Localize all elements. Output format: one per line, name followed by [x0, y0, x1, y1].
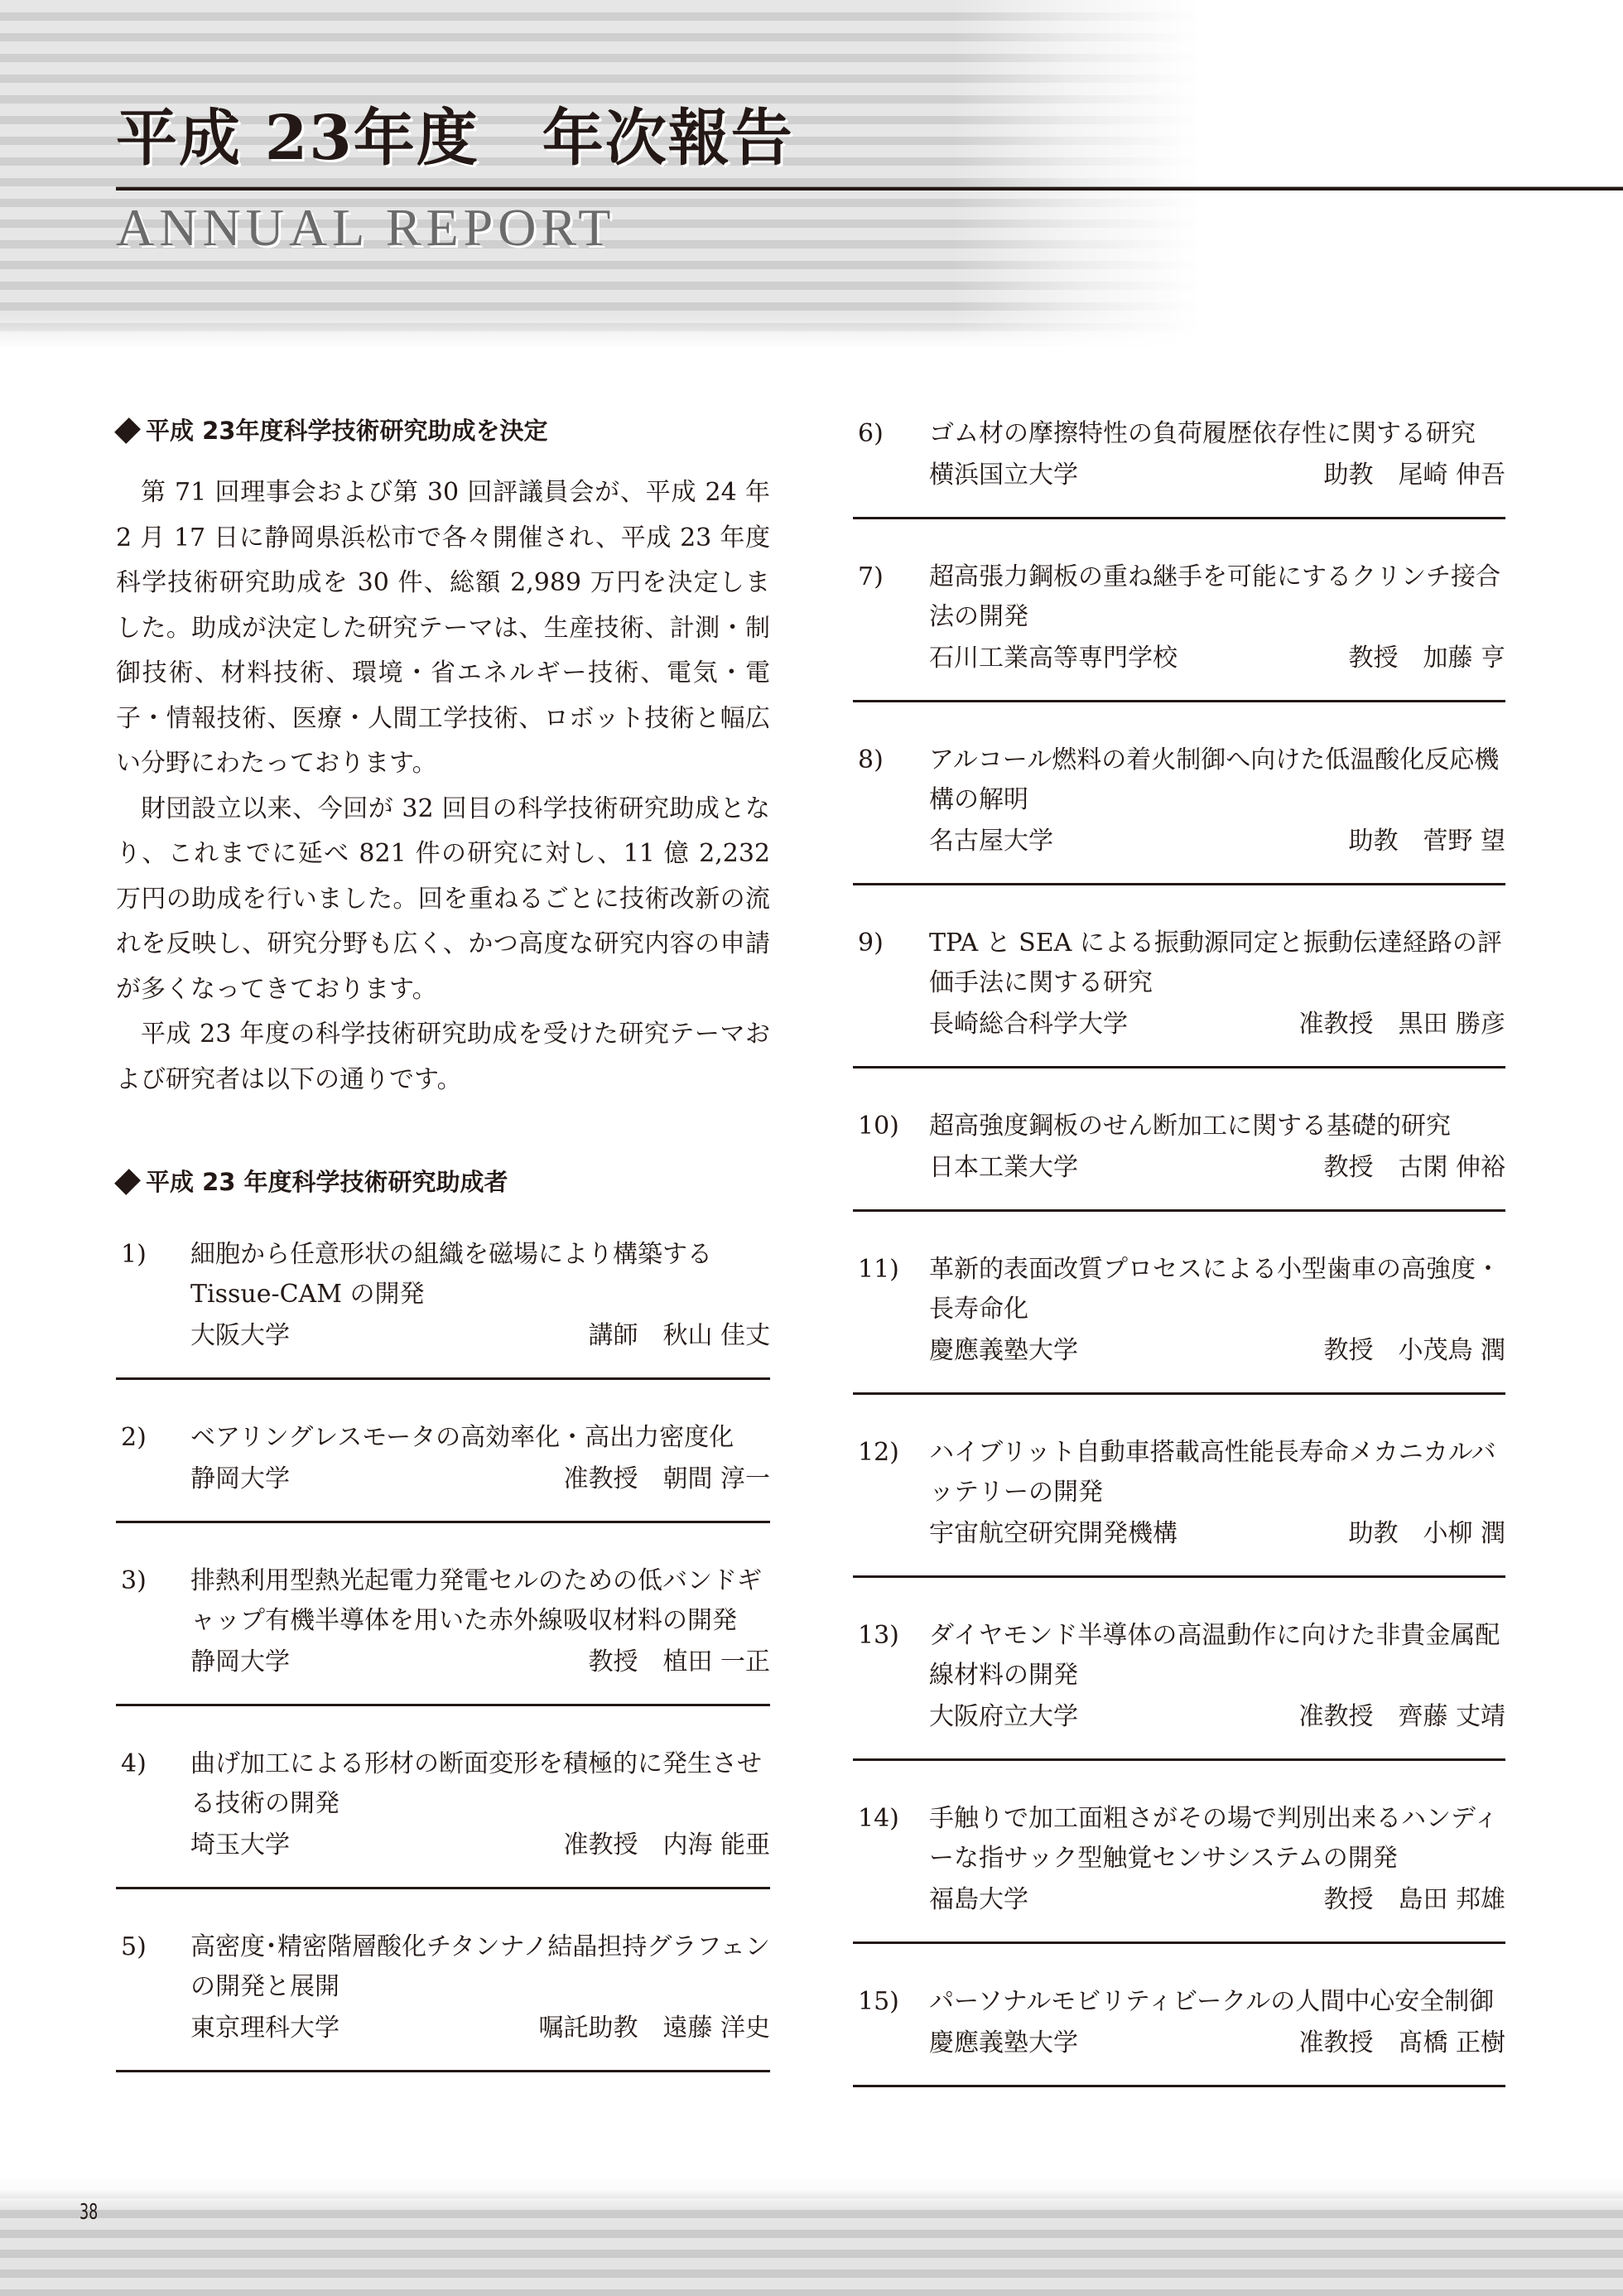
- grant-researcher: 内海 能亜: [662, 1831, 770, 1859]
- grant-item: 8) アルコール燃料の着火制御へ向けた低温酸化反応機構の解明 名古屋大学 助教 …: [853, 722, 1505, 885]
- footer-fade: [0, 2162, 1623, 2212]
- grant-number: 4): [121, 1744, 147, 1784]
- grant-researcher: 遠藤 洋史: [662, 2014, 770, 2043]
- grant-number: 12): [858, 1433, 899, 1473]
- grant-title: 高密度･精密階層酸化チタンナノ結晶担持グラフェンの開発と展開: [190, 1927, 770, 2007]
- grant-title: ダイヤモンド半導体の高温動作に向けた非貴金属配線材料の開発: [929, 1616, 1505, 1695]
- grant-institution: 慶應義塾大学: [929, 1329, 1078, 1372]
- grant-position: 准教授: [563, 1831, 638, 1859]
- page-title: 平成 23年度 年次報告: [116, 101, 794, 176]
- grant-institution: 長崎総合科学大学: [929, 1003, 1128, 1046]
- grant-number: 1): [121, 1235, 147, 1275]
- grant-number: 9): [858, 924, 884, 963]
- grant-number: 14): [858, 1799, 899, 1839]
- grant-position: 講師: [588, 1321, 638, 1350]
- grant-researcher: 島田 邦雄: [1398, 1885, 1505, 1914]
- grant-institution: 静岡大学: [190, 1458, 290, 1501]
- grant-title: 革新的表面改質プロセスによる小型歯車の高強度・長寿命化: [929, 1250, 1505, 1329]
- grant-title: パーソナルモビリティビークルの人間中心安全制御: [929, 1982, 1505, 2022]
- diamond-bullet-icon: [114, 417, 141, 444]
- grant-item: 1) 細胞から任意形状の組織を磁場により構築する Tissue-CAM の開発 …: [116, 1235, 770, 1380]
- grant-number: 5): [121, 1927, 147, 1967]
- section-heading-grant-recipients: 平成 23 年度科学技術研究助成者: [116, 1165, 770, 1199]
- grant-researcher: 加藤 亨: [1423, 644, 1505, 673]
- grant-item: 2) ベアリングレスモータの高効率化・高出力密度化 静岡大学 准教授 朝間 淳一: [116, 1400, 770, 1523]
- grant-number: 13): [858, 1616, 899, 1656]
- grant-item: 11) 革新的表面改質プロセスによる小型歯車の高強度・長寿命化 慶應義塾大学 教…: [853, 1232, 1505, 1395]
- grant-institution: 静岡大学: [190, 1641, 290, 1684]
- grant-number: 6): [858, 414, 884, 454]
- diamond-bullet-icon: [114, 1169, 141, 1195]
- page-subtitle: ANNUAL REPORT: [116, 197, 615, 258]
- grant-item: 15) パーソナルモビリティビークルの人間中心安全制御 慶應義塾大学 准教授 髙…: [853, 1964, 1505, 2087]
- grant-number: 7): [858, 557, 884, 597]
- grant-position: 准教授: [563, 1464, 638, 1493]
- section-heading-text: 平成 23 年度科学技術研究助成者: [146, 1165, 508, 1199]
- grant-item: 10) 超高強度鋼板のせん断加工に関する基礎的研究 日本工業大学 教授 古閑 伸…: [853, 1088, 1505, 1212]
- grant-position: 教授: [1348, 644, 1398, 673]
- grant-researcher: 齊藤 丈靖: [1398, 1702, 1505, 1731]
- grant-position: 助教: [1323, 461, 1373, 490]
- intro-body: 第 71 回理事会および第 30 回評議員会が、平成 24 年 2 月 17 日…: [116, 470, 770, 1102]
- grant-institution: 宇宙航空研究開発機構: [929, 1512, 1178, 1556]
- grant-number: 8): [858, 740, 884, 780]
- grant-position: 助教: [1348, 827, 1398, 856]
- header-divider: [116, 186, 1623, 191]
- grant-item: 3) 排熱利用型熱光起電力発電セルのための低バンドギャップ有機半導体を用いた赤外…: [116, 1543, 770, 1706]
- grant-number: 11): [858, 1250, 899, 1290]
- grant-item: 12) ハイブリット自動車搭載高性能長寿命メカニカルバッテリーの開発 宇宙航空研…: [853, 1415, 1505, 1578]
- grant-title: 超高強度鋼板のせん断加工に関する基礎的研究: [929, 1107, 1505, 1146]
- grant-position: 教授: [1323, 1336, 1373, 1365]
- grant-position: 教授: [1323, 1153, 1373, 1182]
- grant-title: 手触りで加工面粗さがその場で判別出来るハンディーな指サック型触覚センサシステムの…: [929, 1799, 1505, 1879]
- grant-title: ゴム材の摩擦特性の負荷履歴依存性に関する研究: [929, 414, 1505, 454]
- grant-position: 准教授: [1298, 1702, 1373, 1731]
- grant-title: 排熱利用型熱光起電力発電セルのための低バンドギャップ有機半導体を用いた赤外線吸収…: [190, 1561, 770, 1641]
- page-number: 38: [79, 2200, 98, 2225]
- grant-item: 9) TPA と SEA による振動源同定と振動伝達経路の評価手法に関する研究 …: [853, 905, 1505, 1068]
- grant-position: 准教授: [1298, 1010, 1373, 1039]
- grant-institution: 日本工業大学: [929, 1146, 1078, 1189]
- grant-institution: 福島大学: [929, 1879, 1028, 1922]
- grant-researcher: 小柳 潤: [1423, 1519, 1505, 1548]
- grant-researcher: 黒田 勝彦: [1398, 1010, 1505, 1039]
- right-column: 6) ゴム材の摩擦特性の負荷履歴依存性に関する研究 横浜国立大学 助教 尾崎 伸…: [853, 414, 1505, 2107]
- grant-item: 14) 手触りで加工面粗さがその場で判別出来るハンディーな指サック型触覚センサシ…: [853, 1781, 1505, 1944]
- section-heading-text: 平成 23年度科学技術研究助成を決定: [146, 414, 547, 447]
- intro-paragraph: 第 71 回理事会および第 30 回評議員会が、平成 24 年 2 月 17 日…: [116, 470, 770, 787]
- grant-institution: 横浜国立大学: [929, 454, 1078, 497]
- grant-list-right: 6) ゴム材の摩擦特性の負荷履歴依存性に関する研究 横浜国立大学 助教 尾崎 伸…: [853, 414, 1505, 2087]
- grant-title: 超高張力鋼板の重ね継手を可能にするクリンチ接合法の開発: [929, 557, 1505, 637]
- grant-position: 教授: [588, 1647, 638, 1676]
- grant-researcher: 髙橋 正樹: [1398, 2028, 1505, 2057]
- grant-researcher: 古閑 伸裕: [1398, 1153, 1505, 1182]
- grant-researcher: 植田 一正: [662, 1647, 770, 1676]
- intro-paragraph: 財団設立以来、今回が 32 回目の科学技術研究助成となり、これまでに延べ 821…: [116, 787, 770, 1013]
- grant-position: 教授: [1323, 1885, 1373, 1914]
- grant-institution: 東京理科大学: [190, 2007, 340, 2050]
- grant-researcher: 尾崎 伸吾: [1398, 461, 1505, 490]
- grant-position: 嘱託助教: [538, 2014, 638, 2043]
- grant-number: 2): [121, 1418, 147, 1458]
- grant-title: 曲げ加工による形材の断面変形を積極的に発生させる技術の開発: [190, 1744, 770, 1824]
- intro-paragraph: 平成 23 年度の科学技術研究助成を受けた研究テーマおよび研究者は以下の通りです…: [116, 1012, 770, 1102]
- grant-researcher: 秋山 佳丈: [662, 1321, 770, 1350]
- header-fade: [0, 315, 1623, 348]
- grant-item: 4) 曲げ加工による形材の断面変形を積極的に発生させる技術の開発 埼玉大学 准教…: [116, 1726, 770, 1889]
- grant-institution: 名古屋大学: [929, 820, 1053, 863]
- grant-number: 15): [858, 1982, 899, 2022]
- grant-item: 6) ゴム材の摩擦特性の負荷履歴依存性に関する研究 横浜国立大学 助教 尾崎 伸…: [853, 414, 1505, 519]
- grant-number: 10): [858, 1107, 899, 1146]
- grant-position: 准教授: [1298, 2028, 1373, 2057]
- grant-institution: 埼玉大学: [190, 1824, 290, 1867]
- grant-researcher: 小茂鳥 潤: [1398, 1336, 1505, 1365]
- grant-title: ハイブリット自動車搭載高性能長寿命メカニカルバッテリーの開発: [929, 1433, 1505, 1512]
- grant-institution: 慶應義塾大学: [929, 2022, 1078, 2065]
- grant-item: 7) 超高張力鋼板の重ね継手を可能にするクリンチ接合法の開発 石川工業高等専門学…: [853, 539, 1505, 702]
- grant-institution: 大阪大学: [190, 1314, 290, 1358]
- grant-title: 細胞から任意形状の組織を磁場により構築する Tissue-CAM の開発: [190, 1235, 770, 1314]
- grant-title: TPA と SEA による振動源同定と振動伝達経路の評価手法に関する研究: [929, 924, 1505, 1003]
- section-heading-grant-decision: 平成 23年度科学技術研究助成を決定: [116, 414, 770, 447]
- grant-title: ベアリングレスモータの高効率化・高出力密度化: [190, 1418, 770, 1458]
- grant-institution: 石川工業高等専門学校: [929, 637, 1178, 680]
- grant-number: 3): [121, 1561, 147, 1601]
- grant-researcher: 菅野 望: [1423, 827, 1505, 856]
- grant-title: アルコール燃料の着火制御へ向けた低温酸化反応機構の解明: [929, 740, 1505, 820]
- grant-item: 13) ダイヤモンド半導体の高温動作に向けた非貴金属配線材料の開発 大阪府立大学…: [853, 1598, 1505, 1761]
- grant-position: 助教: [1348, 1519, 1398, 1548]
- grant-institution: 大阪府立大学: [929, 1695, 1078, 1739]
- grant-item: 5) 高密度･精密階層酸化チタンナノ結晶担持グラフェンの開発と展開 東京理科大学…: [116, 1909, 770, 2072]
- grant-researcher: 朝間 淳一: [662, 1464, 770, 1493]
- left-column: 平成 23年度科学技術研究助成を決定 第 71 回理事会および第 30 回評議員…: [116, 414, 770, 2092]
- grant-list-left: 1) 細胞から任意形状の組織を磁場により構築する Tissue-CAM の開発 …: [116, 1235, 770, 2072]
